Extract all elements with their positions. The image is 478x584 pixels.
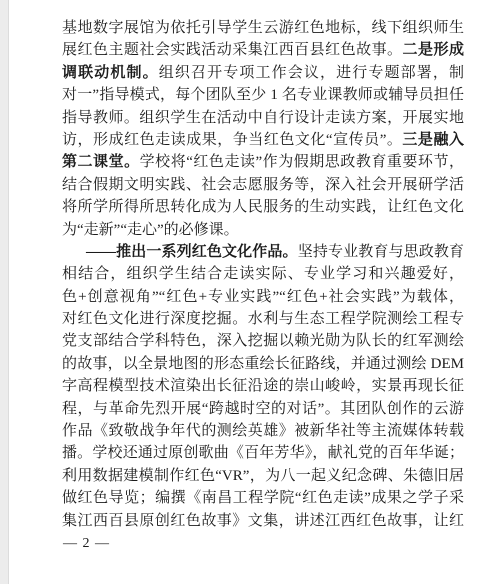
text-segment: 对红色文化进行深度挖掘。水利与生态工程学院测绘工程专业 bbox=[62, 311, 464, 330]
text-segment: 对一”指导模式，每个团队至少 1 名专业课教师或辅导员担任 bbox=[62, 87, 464, 103]
text-line: 色+创意视角”“红色+专业实践”“红色+社会实践”为载体， bbox=[62, 286, 464, 308]
text-line: 做红色导览；编撰《南昌工程学院“红色走读”成果之学子采 bbox=[62, 487, 464, 509]
text-line: 相结合，组织学生结合走读实际、专业学习和兴趣爱好，以“红 bbox=[62, 263, 464, 285]
text-line: 展红色主题社会实践活动采集江西百县红色故事。二是形成协 bbox=[62, 39, 464, 61]
text-segment: 的故事，以全景地图的形态重绘长征路线，并通过测绘 DEM 数 bbox=[62, 356, 464, 375]
text-line: 党支部结合学科特色，深入挖掘以赖光勋为队长的红军测绘队 bbox=[62, 330, 464, 352]
page-left-edge bbox=[0, 0, 9, 584]
text-line: 基地数字展馆为依托引导学生云游红色地标，线下组织师生开 bbox=[62, 17, 464, 39]
text-segment: 做红色导览；编撰《南昌工程学院“红色走读”成果之学子采 bbox=[62, 490, 464, 506]
text-segment: 色+创意视角”“红色+专业实践”“红色+社会实践”为载体， bbox=[62, 289, 464, 305]
text-line: 指导教师。组织学生在活动中自行设计走读方案，开展实地寻 bbox=[62, 107, 464, 129]
text-line: ——推出一系列红色文化作品。坚持专业教育与思政教育 bbox=[62, 241, 464, 263]
text-segment-bold: 第二课堂。 bbox=[62, 154, 140, 170]
text-line: 对红色文化进行深度挖掘。水利与生态工程学院测绘工程专业 bbox=[62, 308, 464, 330]
text-segment: 将所学所得所思转化成为人民服务的生动实践，让红色文化成 bbox=[62, 199, 464, 218]
text-line: 利用数据建模制作红色“VR”，为八一起义纪念碑、朱德旧居 bbox=[62, 465, 464, 487]
text-segment: 访，形成红色走读成果，争当红色文化“宣传员”。 bbox=[62, 132, 402, 148]
text-line: 集江西百县原创红色故事》文集，讲述江西红色故事，让红色 bbox=[62, 510, 464, 532]
text-segment: 学校将“红色走读”作为假期思政教育重要环节， bbox=[140, 154, 464, 170]
text-line: 对一”指导模式，每个团队至少 1 名专业课教师或辅导员担任 bbox=[62, 84, 464, 106]
text-line: 访，形成红色走读成果，争当红色文化“宣传员”。三是融入 bbox=[62, 129, 464, 151]
text-segment-bold: 三是融入 bbox=[402, 132, 464, 148]
text-segment: 展红色主题社会实践活动采集江西百县红色故事。 bbox=[62, 42, 403, 58]
text-line: 为“走新”“走心”的必修课。 bbox=[62, 219, 464, 241]
text-segment: 为“走新”“走心”的必修课。 bbox=[62, 222, 239, 238]
text-segment-bold: ——推出一系列红色文化作品。 bbox=[86, 244, 298, 260]
text-segment: 利用数据建模制作红色“VR”，为八一起义纪念碑、朱德旧居 bbox=[62, 468, 464, 484]
text-segment: 坚持专业教育与思政教育 bbox=[298, 244, 464, 260]
text-segment: 相结合，组织学生结合走读实际、专业学习和兴趣爱好，以“红 bbox=[62, 266, 464, 285]
text-line: 调联动机制。组织召开专项工作会议，进行专题部署，制定“一 bbox=[62, 62, 464, 84]
text-line: 播。学校还通过原创歌曲《百年芳华》，献礼党的百年华诞； bbox=[62, 442, 464, 464]
text-segment: 字高程模型技术渲染出长征沿途的崇山峻岭，实景再现长征历 bbox=[62, 378, 464, 397]
text-segment-bold: 调联动机制。 bbox=[62, 65, 159, 81]
text-line: 将所学所得所思转化成为人民服务的生动实践，让红色文化成 bbox=[62, 196, 464, 218]
text-line: 第二课堂。学校将“红色走读”作为假期思政教育重要环节， bbox=[62, 151, 464, 173]
text-segment: 基地数字展馆为依托引导学生云游红色地标，线下组织师生开 bbox=[62, 20, 464, 39]
text-segment: 播。学校还通过原创歌曲《百年芳华》，献礼党的百年华诞； bbox=[62, 445, 464, 461]
text-line: 程，与革命先烈开展“跨越时空的对话”。其团队创作的云游 bbox=[62, 398, 464, 420]
page-number: — 2 — bbox=[63, 536, 110, 552]
text-line: 结合假期文明实践、社会志愿服务等，深入社会开展研学活动， bbox=[62, 174, 464, 196]
document-body: 基地数字展馆为依托引导学生云游红色地标，线下组织师生开展红色主题社会实践活动采集… bbox=[62, 17, 464, 532]
text-segment: 程，与革命先烈开展“跨越时空的对话”。其团队创作的云游 bbox=[62, 401, 464, 417]
text-segment: 指导教师。组织学生在活动中自行设计走读方案，开展实地寻 bbox=[62, 110, 464, 129]
text-line: 的故事，以全景地图的形态重绘长征路线，并通过测绘 DEM 数 bbox=[62, 353, 464, 375]
text-line: 作品《致敬战争年代的测绘英雄》被新华社等主流媒体转载展 bbox=[62, 420, 464, 442]
text-segment: 结合假期文明实践、社会志愿服务等，深入社会开展研学活动， bbox=[62, 177, 464, 196]
text-segment: 作品《致敬战争年代的测绘英雄》被新华社等主流媒体转载展 bbox=[62, 423, 464, 442]
text-segment: 集江西百县原创红色故事》文集，讲述江西红色故事，让红色 bbox=[62, 513, 464, 532]
text-line: 字高程模型技术渲染出长征沿途的崇山峻岭，实景再现长征历 bbox=[62, 375, 464, 397]
text-segment: 党支部结合学科特色，深入挖掘以赖光勋为队长的红军测绘队 bbox=[62, 333, 464, 352]
